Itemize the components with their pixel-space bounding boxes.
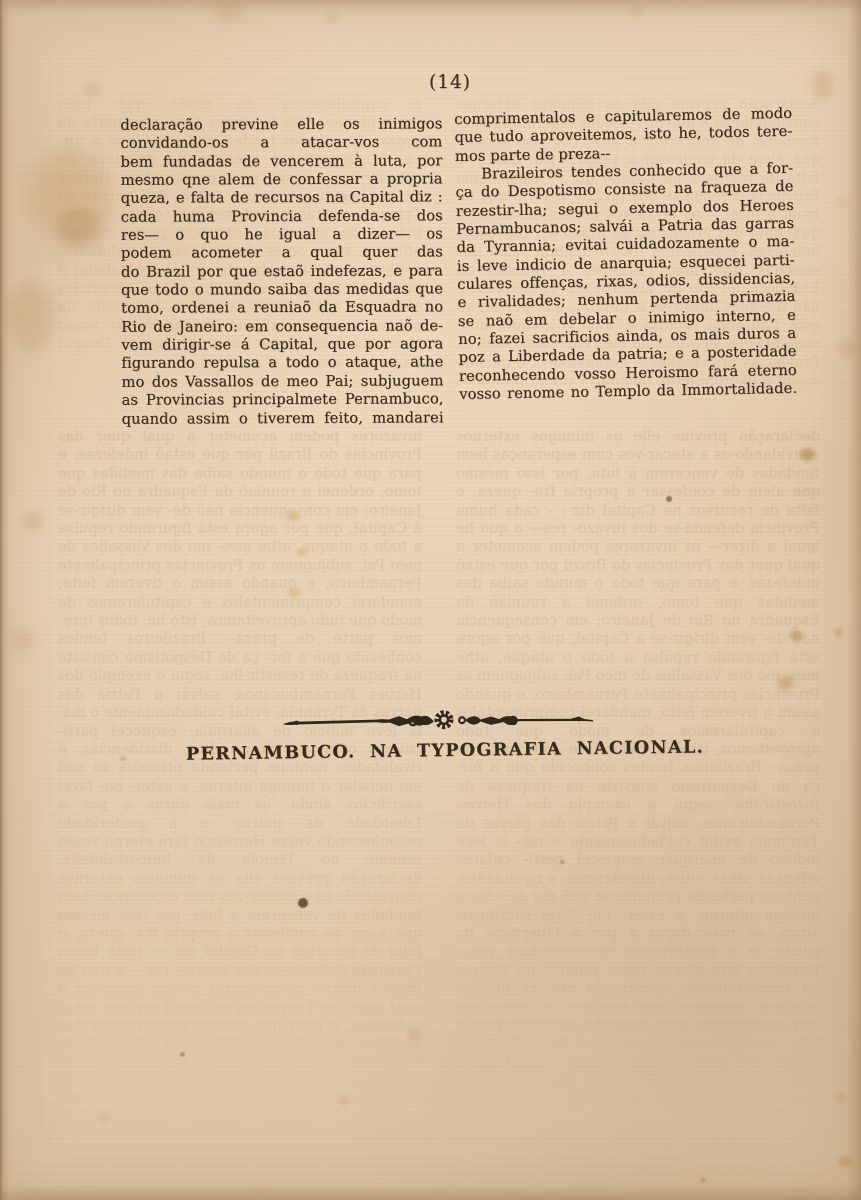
text-line: podem acometer a qual quer das Provincia… [121,244,443,264]
text-line: cada huma Provincia defenda-se dos iuvaz… [121,207,443,227]
page-number: (14) [405,72,495,93]
text-line: Rio de Janeiro: em consequencia naõ de- [121,317,443,337]
text-line: bem fundadas de vencerem à luta, por iss… [120,152,442,172]
verso-bleedthrough-text: declaração previne elle os inimigos exte… [58,428,820,1118]
right-text-column: comprimentalos e capitularemos de modoqu… [454,105,797,405]
text-line: mesmo qne alem de confessar a propria fr… [121,170,443,190]
text-line: as Provincias principalmete Pernambuco, … [122,390,444,410]
text-line: mo dos Vassallos de meo Pai; subjuguem [121,372,443,392]
text-line: vem dirigir-se á Capital, que por agora … [121,335,443,355]
text-line: queza, e falta de recursos na Capital di… [121,189,443,209]
typographic-ornament-rule [281,702,595,737]
left-text-column: declaração previne elle os inimigos exte… [120,115,443,428]
text-line: do Brazil por que estaõ indefezas, e par… [121,262,443,282]
text-line: convidando-os a atacar-vos com esperança… [120,134,442,154]
text-line: res— o quo he igual a dizer— os invazore… [121,225,443,245]
text-line: que todo o mundo saiba das medidas que [121,280,443,300]
text-line: quando assim o tiverem feito, mandarei [122,409,444,429]
text-line: tomo, ordenei a reuniaõ da Esquadra no [121,299,443,319]
text-line: figurando repulsa a todo o ataque, athe … [121,354,443,374]
text-line: declaração previne elle os inimigos exte… [120,115,442,135]
